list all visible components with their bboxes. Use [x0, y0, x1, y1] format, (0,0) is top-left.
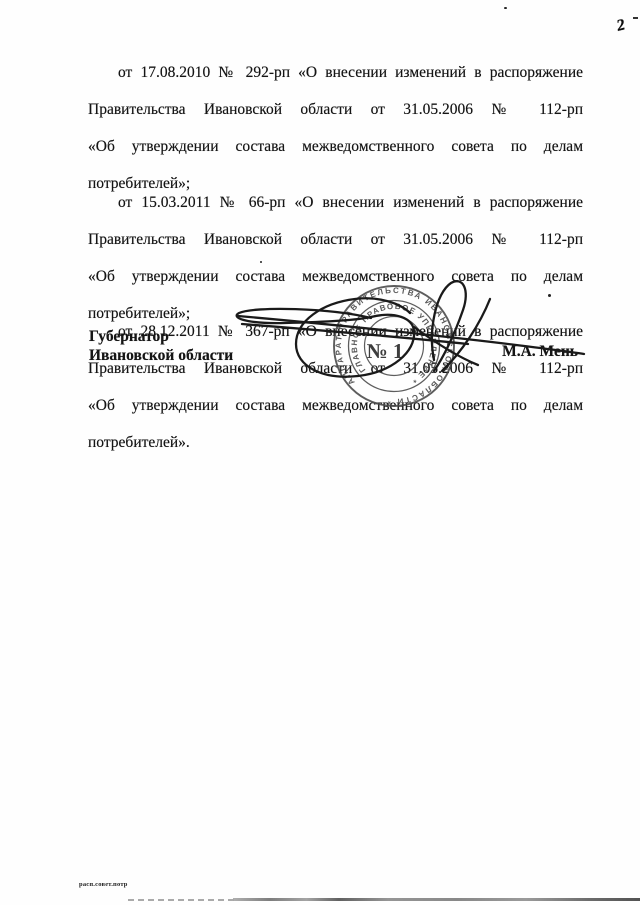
text-line: Правительства Ивановской области от 31.0… [88, 231, 583, 268]
text-line: «Об утверждении состава межведомственног… [88, 397, 583, 434]
scan-artifact-dashes [128, 899, 234, 901]
scanned-document-page: 2 от 17.08.2010 № 292-рп «О внесении изм… [0, 0, 640, 905]
scan-speck [504, 7, 507, 9]
text-line: Правительства Ивановской области от 31.0… [88, 101, 583, 138]
text-paragraph: от 17.08.2010 № 292-рп «О внесении измен… [88, 64, 583, 194]
text-line: потребителей». [88, 434, 583, 453]
text-line: потребителей»; [88, 305, 583, 324]
text-line: «Об утверждении состава межведомственног… [88, 138, 583, 175]
footer-note: расп.совет.потр [79, 881, 128, 888]
text-paragraph: от 15.03.2011 № 66-рп «О внесении измене… [88, 194, 583, 324]
text-line: Правительства Ивановской области от 31.0… [88, 360, 583, 397]
governor-title-line1: Губернатор [89, 327, 233, 346]
text-line: потребителей»; [88, 175, 583, 194]
handwritten-page-number: 2 [615, 16, 627, 35]
governor-title: Губернатор Ивановской области [89, 327, 233, 365]
signer-name: М.А. Мень [502, 343, 578, 361]
document-text: от 17.08.2010 № 292-рп «О внесении измен… [88, 64, 583, 453]
text-line: от 15.03.2011 № 66-рп «О внесении измене… [88, 194, 583, 231]
scan-artifact-line [233, 898, 640, 901]
text-line: от 17.08.2010 № 292-рп «О внесении измен… [88, 64, 583, 101]
scan-speck [633, 17, 638, 19]
governor-title-line2: Ивановской области [89, 346, 233, 365]
text-line: «Об утверждении состава межведомственног… [88, 268, 583, 305]
